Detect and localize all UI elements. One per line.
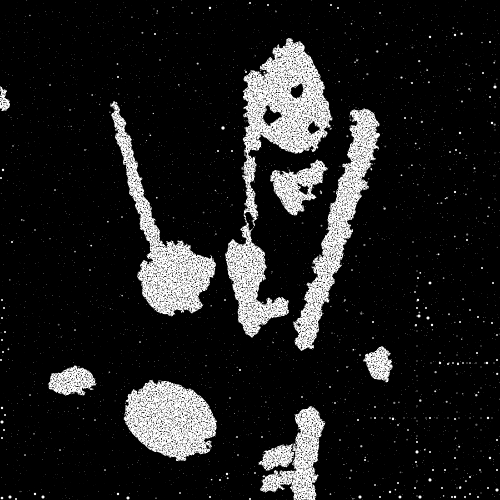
noise-dot [3, 307, 5, 309]
speckle-dot [424, 168, 425, 169]
noise-dot [357, 419, 359, 421]
noise-dot [415, 324, 417, 326]
speckle-dot [141, 32, 143, 34]
noise-dot [267, 4, 269, 6]
noise-dot [221, 126, 224, 129]
noise-dot [459, 132, 461, 134]
speckle-dot [419, 164, 420, 165]
noise-dot [454, 496, 456, 498]
speckle-dot [463, 139, 464, 140]
speckle-dot [344, 464, 345, 465]
speckle-dot [197, 424, 198, 425]
noise-dot [496, 489, 499, 492]
speckle-dot [406, 439, 408, 441]
speckle-dot [58, 324, 60, 326]
noise-dot [42, 496, 45, 499]
noise-dot [429, 282, 432, 285]
noise-dot [416, 441, 418, 443]
noise-dot [425, 307, 427, 309]
speckle-dot [77, 407, 79, 409]
noise-dot [374, 417, 376, 419]
noise-dot [117, 76, 119, 78]
speckle-dot [456, 248, 457, 249]
speckle-dot [449, 169, 451, 171]
speckle-dot [299, 285, 300, 286]
speckle-dot [428, 195, 429, 196]
noise-dot [349, 477, 351, 479]
noise-dot [481, 267, 483, 269]
speckle-dot [496, 79, 497, 80]
noise-dot [231, 150, 233, 152]
noise-dot [492, 282, 494, 284]
noise-dot [29, 394, 31, 396]
speckle-dot [360, 312, 362, 314]
speckle-dot [49, 238, 50, 239]
speckle-dot [307, 71, 309, 73]
noise-dot [419, 496, 422, 499]
speckle-dot [346, 425, 347, 426]
speckle-dot [438, 253, 440, 255]
noise-dot [429, 451, 431, 453]
speckle-dot [1, 332, 2, 333]
noise-dot [364, 459, 366, 461]
speckle-dot [417, 184, 419, 186]
noise-dot [415, 461, 417, 463]
noise-dot [477, 496, 479, 498]
noise-dot [404, 117, 406, 119]
noise-dot [476, 352, 478, 354]
noise-dot [417, 299, 419, 301]
speckle-dot [363, 78, 364, 79]
noise-dot [3, 429, 5, 431]
speckle-dot [146, 140, 147, 141]
speckle-dot [465, 63, 467, 65]
speckle-dot [442, 217, 443, 218]
speckle-dot [350, 469, 352, 471]
speckle-dot [90, 245, 92, 247]
speckle-dot [138, 96, 139, 97]
speckle-dot [153, 113, 154, 114]
speckle-dot [206, 487, 207, 488]
noise-dot [4, 414, 6, 416]
speckle-dot [231, 204, 233, 206]
speckle-dot [462, 298, 464, 300]
speckle-dot [280, 96, 282, 98]
speckle-dot [416, 149, 417, 150]
noise-dot [429, 36, 431, 38]
speckle-dot [436, 46, 437, 47]
noise-dot [457, 363, 459, 365]
speckle-dot [350, 39, 351, 40]
noise-dot [261, 436, 263, 438]
speckle-dot [434, 371, 436, 373]
speckle-dot [272, 342, 273, 343]
noise-dot [469, 362, 471, 364]
speckle-dot [446, 401, 448, 403]
speckle-dot [275, 11, 277, 13]
speckle-dot [461, 101, 463, 103]
speckle-dot [341, 99, 342, 100]
speckle-dot [244, 172, 246, 174]
speckle-dot [137, 180, 138, 181]
noise-dot [496, 359, 498, 361]
noise-dot [447, 363, 449, 365]
speckle-dot [227, 197, 228, 198]
noise-dot [245, 71, 247, 73]
speckle-dot [445, 198, 446, 199]
speckle-dot [343, 201, 344, 202]
noise-dot [416, 307, 418, 309]
speckle-dot [284, 88, 285, 89]
noise-dot [139, 341, 141, 343]
noise-dot [339, 439, 341, 441]
speckle-dot [465, 480, 467, 482]
noise-dot [496, 334, 498, 336]
speckle-dot [475, 394, 477, 396]
noise-dot [416, 451, 419, 454]
speckle-dot [146, 285, 147, 286]
noise-dot [254, 472, 256, 474]
speckle-dot [396, 207, 397, 208]
noise-dot [330, 4, 332, 6]
speckle-dot [215, 233, 217, 235]
noise-dot [217, 150, 219, 152]
speckle-dot [460, 33, 462, 35]
speckle-dot [420, 72, 421, 73]
speckle-dot [155, 498, 156, 499]
noise-dot [351, 269, 353, 271]
noise-dot [117, 493, 119, 495]
noise-dot [444, 469, 446, 471]
speckle-dot [457, 90, 459, 92]
noise-dot [432, 469, 434, 471]
speckle-dot [374, 163, 375, 164]
noise-dot [462, 362, 464, 364]
speckle-dot [79, 129, 80, 130]
noise-dot [459, 152, 461, 154]
noise-dot [359, 496, 362, 499]
noise-dot [224, 299, 226, 301]
speckle-dot [121, 295, 122, 296]
speckle-dot [443, 277, 445, 279]
noise-dot [11, 241, 13, 243]
speckle-dot [255, 55, 256, 56]
noise-dot [494, 86, 497, 89]
speckle-dot [363, 360, 365, 362]
noise-dot [469, 309, 471, 311]
noise-dot [1, 299, 3, 301]
noise-dot [179, 492, 181, 494]
noise-dot [392, 418, 394, 420]
noise-dot [1, 421, 4, 424]
noise-dot [34, 493, 36, 495]
speckle-dot [458, 446, 460, 448]
noise-dot [372, 321, 374, 323]
speckle-dot [71, 126, 72, 127]
speckle-dot [161, 415, 163, 417]
speckle-dot [100, 401, 101, 402]
speckle-dot [260, 70, 261, 71]
speckle-dot [210, 305, 211, 306]
speckle-dot [317, 29, 318, 30]
speckle-dot [12, 145, 13, 146]
noise-dot [0, 177, 2, 179]
noise-dot [397, 424, 399, 426]
speckle-dot [265, 402, 266, 403]
speckle-dot [355, 107, 356, 108]
speckle-dot [432, 329, 433, 330]
speckle-dot [446, 197, 448, 199]
noise-dot [334, 402, 336, 404]
speckle-dot [338, 81, 340, 83]
speckle-dot [11, 117, 12, 118]
speckle-dot [353, 349, 355, 351]
speckle-dot [497, 247, 498, 248]
noise-dot [84, 149, 85, 150]
speckle-dot [19, 491, 21, 493]
speckle-dot [474, 167, 476, 169]
speckle-dot [398, 402, 400, 404]
noise-dot [1, 497, 4, 500]
speckle-dot [356, 59, 358, 61]
noise-dot [399, 496, 402, 499]
speckle-dot [400, 77, 402, 79]
speckle-dot [21, 219, 23, 221]
speckle-dot [393, 402, 395, 404]
noise-dot [346, 366, 348, 368]
speckle-dot [480, 198, 482, 200]
noise-dot [491, 322, 493, 324]
noise-dot [414, 291, 416, 293]
speckle-dot [345, 399, 346, 400]
noise-dot [464, 496, 466, 498]
speckle-dot [365, 457, 366, 458]
speckle-dot [176, 33, 177, 34]
speckle-dot [245, 185, 246, 186]
speckle-dot [394, 441, 396, 443]
speckle-dot [419, 312, 421, 314]
noise-dot [486, 362, 488, 364]
noise-dot [459, 321, 461, 323]
speckle-dot [217, 193, 218, 194]
speckle-dot [440, 202, 442, 204]
speckle-dot [434, 390, 436, 392]
noise-dot [431, 324, 433, 326]
noise-dot [337, 7, 339, 9]
speckle-dot [213, 428, 214, 429]
noise-dot [489, 41, 491, 43]
speckle-dot [157, 10, 158, 11]
noise-dot [49, 84, 51, 86]
noise-dot [427, 317, 430, 320]
speckle-dot [411, 164, 413, 166]
noise-dot [2, 351, 4, 353]
noise-dot [121, 216, 123, 218]
speckle-dot [487, 215, 489, 217]
speckle-dot [350, 120, 352, 122]
speckle-dot [153, 8, 154, 9]
speckle-dot [149, 393, 150, 394]
speckle-dot [339, 166, 340, 167]
speckle-dot [206, 355, 207, 356]
noise-dot [482, 72, 484, 74]
speckle-dot [271, 271, 273, 273]
speckle-dot [476, 218, 477, 219]
speckle-dot [326, 246, 327, 247]
speckle-dot [428, 81, 430, 83]
speckle-dot [321, 225, 323, 227]
speckle-dot [99, 104, 100, 105]
noise-dot [237, 454, 239, 456]
noise-dot [414, 487, 416, 489]
speckle-dot [273, 311, 275, 313]
noise-dot [389, 417, 391, 419]
speckle-dot [468, 88, 470, 90]
speckle-dot [263, 264, 265, 266]
speckle-dot [349, 206, 351, 208]
speckle-dot [74, 390, 76, 392]
noise-dot [309, 497, 311, 499]
speckle-dot [172, 7, 173, 8]
noise-dot [59, 449, 61, 451]
noise-dot [9, 496, 12, 499]
speckle-dot [289, 86, 291, 88]
speckle-dot [386, 43, 388, 45]
speckle-dot [384, 146, 386, 148]
speckle-dot [421, 121, 423, 123]
noise-dot [127, 497, 130, 500]
speckle-dot [483, 321, 485, 323]
speckle-dot [465, 158, 466, 159]
speckle-dot [29, 15, 30, 16]
speckle-dot [466, 233, 468, 235]
speckle-dot [417, 24, 418, 25]
noise-dot [374, 406, 376, 408]
speckle-dot [382, 238, 383, 239]
noise-dot [1, 317, 3, 319]
speckle-dot [330, 306, 331, 307]
speckle-dot [450, 403, 451, 404]
speckle-dot [462, 393, 463, 394]
noise-dot [379, 12, 381, 14]
speckle-dot [360, 445, 362, 447]
speckle-dot [482, 258, 483, 259]
speckle-dot [475, 171, 476, 172]
noise-dot [249, 2, 251, 4]
noise-dot [69, 109, 70, 110]
speckle-dot [109, 371, 111, 373]
noise-dot [417, 277, 419, 279]
speckle-dot [410, 218, 411, 219]
speckle-dot [61, 336, 62, 337]
noise-dot [34, 229, 35, 230]
noise-dot [469, 493, 471, 495]
speckle-dot [357, 162, 359, 164]
speckle-dot [132, 416, 133, 417]
noise-dot [487, 487, 489, 489]
speckle-dot [473, 180, 474, 181]
speckle-dot [345, 232, 347, 234]
speckle-dot [484, 223, 485, 224]
speckle-dot [117, 63, 119, 65]
speckle-dot [434, 111, 435, 112]
noise-dot [496, 439, 498, 441]
noise-dot [191, 12, 193, 14]
speckle-dot [156, 12, 158, 14]
noise-dot [344, 299, 346, 301]
speckle-dot [496, 373, 498, 375]
speckle-dot [443, 495, 445, 497]
background-speckle-overlay [0, 0, 500, 500]
noise-dot [54, 189, 56, 191]
noise-dot [459, 487, 461, 489]
noise-dot [429, 417, 431, 419]
speckle-dot [133, 432, 135, 434]
noise-dot [1, 339, 3, 341]
speckle-dot [91, 94, 93, 96]
noise-dot [4, 331, 6, 333]
speckle-dot [109, 111, 111, 113]
noise-dot [449, 151, 451, 153]
speckle-dot [453, 27, 455, 29]
speckle-dot [339, 339, 340, 340]
noise-dot [466, 239, 468, 241]
speckle-dot [205, 365, 207, 367]
speckle-dot [246, 330, 247, 331]
speckle-dot [149, 134, 151, 136]
noise-dot [2, 169, 4, 171]
noise-dot [469, 476, 471, 478]
noise-dot [209, 496, 211, 498]
speckle-dot [237, 367, 238, 368]
noise-dot [397, 482, 399, 484]
speckle-dot [352, 498, 354, 500]
noise-dot [239, 369, 241, 371]
speckle-dot [346, 310, 347, 311]
speckle-dot [367, 461, 368, 462]
speckle-dot [411, 47, 413, 49]
speckle-dot [7, 348, 9, 350]
speckle-dot [227, 477, 229, 479]
speckle-dot [74, 251, 76, 253]
noise-dot [455, 149, 457, 151]
noise-dot [496, 469, 498, 471]
speckle-dot [465, 194, 467, 196]
speckle-dot [395, 489, 397, 491]
noise-dot [374, 484, 376, 486]
noise-dot [491, 122, 493, 124]
speckle-dot [23, 220, 24, 221]
speckle-dot [365, 155, 366, 156]
speckle-dot [415, 143, 417, 145]
speckle-dot [417, 380, 418, 381]
speckle-dot [203, 212, 205, 214]
noise-dot [209, 7, 211, 9]
speckle-dot [412, 241, 414, 243]
speckle-dot [443, 239, 444, 240]
speckle-dot [300, 193, 302, 195]
speckle-dot [368, 178, 369, 179]
speckle-dot [363, 28, 364, 29]
speckle-dot [118, 93, 119, 94]
speckle-dot [197, 63, 199, 65]
speckle-dot [469, 65, 470, 66]
noise-dot [236, 436, 238, 438]
speckle-dot [200, 69, 201, 70]
speckle-dot [488, 207, 490, 209]
noise-dot [329, 386, 331, 388]
speckle-dot [262, 302, 264, 304]
